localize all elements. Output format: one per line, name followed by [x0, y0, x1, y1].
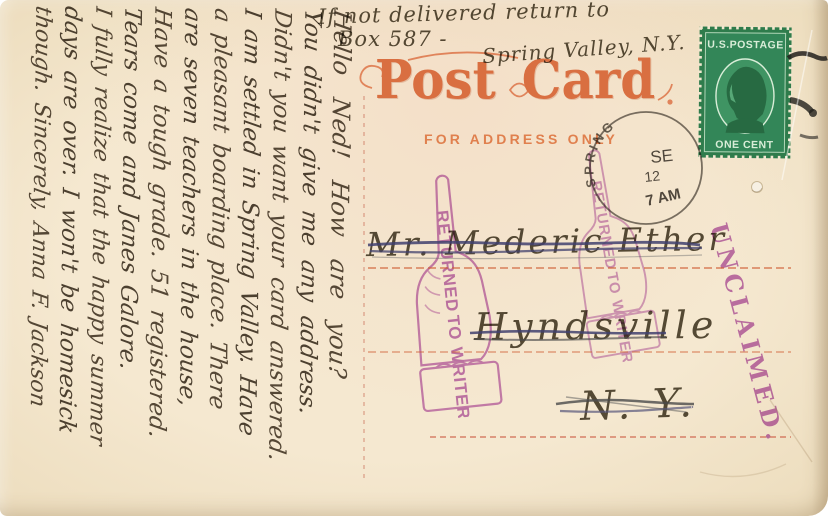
handwritten-message: Hello Ned! How are you? You didn't give … — [0, 0, 362, 516]
address-state: N. Y. — [579, 380, 697, 430]
svg-text:RETURNED TO WR: RETURNED TO WRITER — [587, 180, 636, 365]
franklin-portrait — [726, 67, 767, 134]
postcard: Hello Ned! How are you? You didn't give … — [0, 0, 828, 516]
cancellation-marks — [788, 53, 827, 137]
to-word: TO — [603, 271, 624, 296]
postmark-day: 12 — [644, 167, 661, 185]
to-word: TO — [443, 314, 465, 341]
svg-text:RETURNED TO WR: RETURNED TO WRITER — [432, 209, 473, 420]
stamp-value-text: ONE CENT — [715, 139, 773, 152]
postmark-time: 7 AM — [644, 185, 682, 210]
stamp-country-text: U.S.POSTAGE — [707, 39, 784, 52]
returned-word: RETURNED — [587, 180, 619, 272]
postmark-month: SE — [649, 146, 674, 167]
returned-word: RETURNED — [432, 209, 462, 313]
paper-chip — [752, 182, 763, 193]
returned-to-writer-stamp: RETURNED TO WRITER — [387, 163, 513, 422]
title-word-post: Post — [375, 48, 496, 111]
